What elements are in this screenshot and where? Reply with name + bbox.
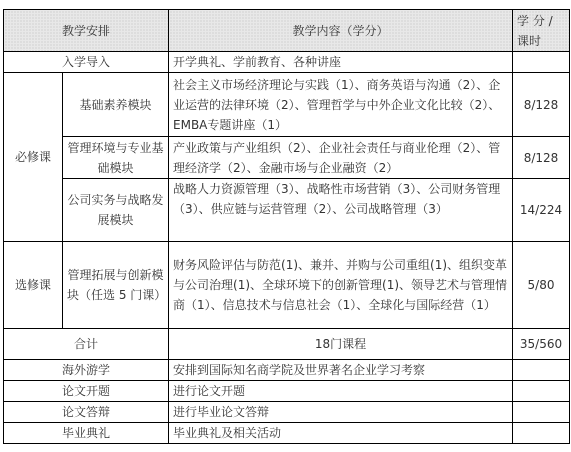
curriculum-table: 教学安排 教学内容（学分） 学 分 / 课时 入学导入 开学典礼、学前教育、各种… (3, 9, 570, 444)
row-content: 安排到国际知名商学院及世界著名企业学习考察 (169, 360, 513, 381)
table-row: 必修课 基础素养模块 社会主义市场经济理论与实践（1）、商务英语与沟通（2）、企… (4, 73, 570, 137)
table-row: 选修课 管理拓展与创新模块（任选 5 门课） 财务风险评估与防范(1)、兼并、并… (4, 242, 570, 329)
category-label: 选修课 (4, 242, 63, 329)
table-row: 毕业典礼 毕业典礼及相关活动 (4, 423, 570, 444)
module-credits: 8/128 (513, 73, 570, 137)
table-row: 入学导入 开学典礼、学前教育、各种讲座 (4, 52, 570, 73)
table-row: 公司实务与战略发展模块 战略人力资源管理（3）、战略性市场营销（3）、公司财务管… (4, 179, 570, 242)
module-label: 基础素养模块 (63, 73, 169, 137)
module-content: 社会主义市场经济理论与实践（1）、商务英语与沟通（2）、企业运营的法律环境（2）… (169, 73, 513, 137)
category-label: 必修课 (4, 73, 63, 242)
module-label: 公司实务与战略发展模块 (63, 179, 169, 242)
header-arrangement: 教学安排 (4, 10, 169, 52)
module-content: 产业政策与产业组织（2）、企业社会责任与商业伦理（2）、管理经济学（2）、金融市… (169, 137, 513, 179)
module-credits: 14/224 (513, 179, 570, 242)
total-row: 合计 18门课程 35/560 (4, 329, 570, 360)
module-content: 战略人力资源管理（3）、战略性市场营销（3）、公司财务管理（3）、供应链与运营管… (169, 179, 513, 242)
row-credits (513, 423, 570, 444)
row-content: 进行论文开题 (169, 381, 513, 402)
row-content: 毕业典礼及相关活动 (169, 423, 513, 444)
module-credits: 8/128 (513, 137, 570, 179)
table-row: 论文开题 进行论文开题 (4, 381, 570, 402)
total-content: 18门课程 (169, 329, 513, 360)
header-content: 教学内容（学分） (169, 10, 513, 52)
row-credits (513, 402, 570, 423)
row-label: 论文答辩 (4, 402, 169, 423)
table-row: 海外游学 安排到国际知名商学院及世界著名企业学习考察 (4, 360, 570, 381)
row-credits (513, 360, 570, 381)
header-row: 教学安排 教学内容（学分） 学 分 / 课时 (4, 10, 570, 52)
total-label: 合计 (4, 329, 169, 360)
header-credits: 学 分 / 课时 (513, 10, 570, 52)
row-label: 海外游学 (4, 360, 169, 381)
row-content: 进行毕业论文答辩 (169, 402, 513, 423)
module-label: 管理拓展与创新模块（任选 5 门课） (63, 242, 169, 329)
module-content: 财务风险评估与防范(1)、兼并、并购与公司重组(1)、组织变革与公司治理(1)、… (169, 242, 513, 329)
row-content: 开学典礼、学前教育、各种讲座 (169, 52, 513, 73)
row-credits (513, 381, 570, 402)
module-credits: 5/80 (513, 242, 570, 329)
row-credits (513, 52, 570, 73)
row-label: 毕业典礼 (4, 423, 169, 444)
row-label: 入学导入 (4, 52, 169, 73)
table-row: 管理环境与专业基础模块 产业政策与产业组织（2）、企业社会责任与商业伦理（2）、… (4, 137, 570, 179)
table-row: 论文答辩 进行毕业论文答辩 (4, 402, 570, 423)
total-credits: 35/560 (513, 329, 570, 360)
module-label: 管理环境与专业基础模块 (63, 137, 169, 179)
row-label: 论文开题 (4, 381, 169, 402)
